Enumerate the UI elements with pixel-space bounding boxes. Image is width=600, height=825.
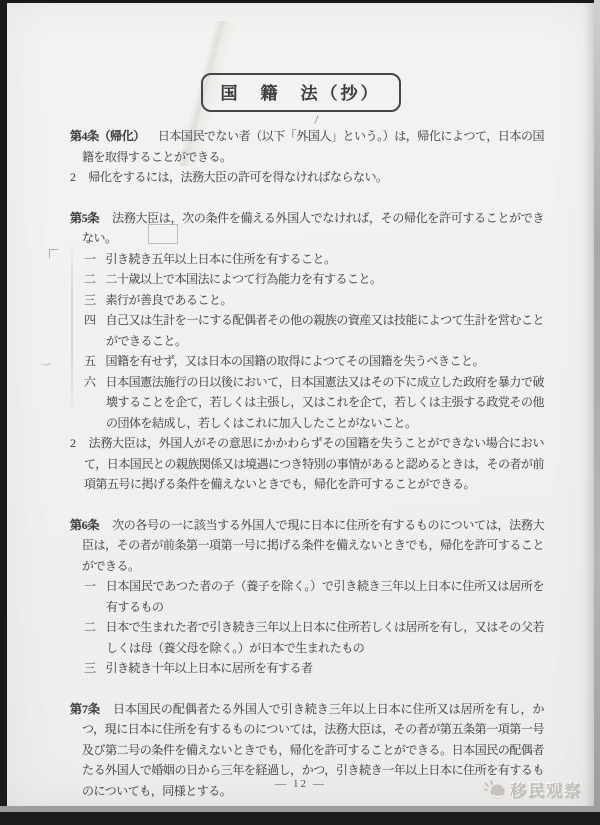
item-text: 日本で生まれた者で引き続き三年以上日本に住所若しくは居所を有し，又はその父若しく… bbox=[106, 620, 544, 655]
item-text: 自己又は生計を一にする配偶者その他の親族の資産又は技能によつて生計を営むことがで… bbox=[106, 313, 544, 348]
item-number: 二 bbox=[84, 620, 96, 634]
item-number: 六 bbox=[84, 375, 96, 389]
item-number: 二 bbox=[84, 272, 96, 286]
item-number: 三 bbox=[84, 293, 96, 307]
pencil-mark-bracket bbox=[49, 249, 58, 258]
paragraph-number: 2 bbox=[70, 436, 76, 450]
article-5-item-3: 三素行が善良であること。 bbox=[70, 290, 544, 311]
paragraph-text: 法務大臣は，外国人がその意思にかかわらずその国籍を失うことができない場合において… bbox=[84, 436, 544, 491]
article-6-item-2: 二日本で生まれた者で引き続き三年以上日本に住所若しくは居所を有し，又はその父若し… bbox=[70, 617, 544, 658]
article-5-head: 第5条法務大臣は，次の条件を備える外国人でなければ，その帰化を許可することができ… bbox=[70, 208, 544, 249]
paragraph-number: 2 bbox=[70, 170, 76, 184]
item-number: 一 bbox=[84, 579, 96, 593]
document-page: 国 籍 法（抄） 第4条（帰化）日本国民でない者（以下「外国人」という。）は，帰… bbox=[7, 3, 594, 806]
megaphone-icon bbox=[484, 780, 506, 800]
item-text: 引き続き十年以上日本に居所を有する者 bbox=[106, 661, 313, 675]
article-5-item-5: 五国籍を有せず，又は日本の国籍の取得によつてその国籍を失うべきこと。 bbox=[70, 351, 544, 372]
item-text: 引き続き五年以上日本に住所を有すること。 bbox=[106, 252, 336, 266]
article-6-text: 次の各号の一に該当する外国人で現に日本に住所を有するものについては，法務大臣は，… bbox=[82, 518, 544, 573]
paragraph-text: 帰化をするには，法務大臣の許可を得なければならない。 bbox=[89, 170, 388, 184]
law-text: 第4条（帰化）日本国民でない者（以下「外国人」という。）は，帰化によつて，日本の… bbox=[70, 126, 544, 801]
item-text: 二十歳以上で本国法によつて行為能力を有すること。 bbox=[106, 272, 382, 286]
article-4: 第4条（帰化）日本国民でない者（以下「外国人」という。）は，帰化によつて，日本の… bbox=[70, 126, 544, 188]
article-5-label: 第5条 bbox=[70, 211, 99, 225]
scan-bottom-strip bbox=[0, 806, 600, 812]
watermark: 移民观察 bbox=[484, 778, 582, 801]
article-5-item-6: 六日本国憲法施行の日以後において，日本国憲法又はその下に成立した政府を暴力で破壊… bbox=[70, 372, 544, 434]
watermark-text: 移民观察 bbox=[510, 778, 582, 801]
item-text: 国籍を有せず，又は日本の国籍の取得によつてその国籍を失うべきこと。 bbox=[106, 354, 485, 368]
article-4-paragraph-2: 2帰化をするには，法務大臣の許可を得なければならない。 bbox=[70, 167, 544, 188]
pencil-mark-tick bbox=[39, 357, 51, 368]
article-5-item-4: 四自己又は生計を一にする配偶者その他の親族の資産又は技能によつて生計を営むことが… bbox=[70, 310, 544, 351]
item-number: 五 bbox=[84, 354, 96, 368]
article-5-item-2: 二二十歳以上で本国法によつて行為能力を有すること。 bbox=[70, 269, 544, 290]
document-title: 国 籍 法（抄） bbox=[201, 73, 401, 112]
article-5-paragraph-2: 2法務大臣は，外国人がその意思にかかわらずその国籍を失うことができない場合におい… bbox=[70, 433, 544, 495]
scan-frame: 国 籍 法（抄） 第4条（帰化）日本国民でない者（以下「外国人」という。）は，帰… bbox=[0, 0, 600, 825]
article-5-text: 法務大臣は，次の条件を備える外国人でなければ，その帰化を許可することができない。 bbox=[82, 211, 544, 246]
article-6-label: 第6条 bbox=[70, 518, 99, 532]
pencil-mark-slash bbox=[314, 115, 318, 124]
article-4-label: 第4条（帰化） bbox=[70, 129, 145, 143]
item-text: 日本国民であつた者の子（養子を除く。）で引き続き三年以上日本に住所又は居所を有す… bbox=[106, 579, 544, 614]
item-number: 三 bbox=[84, 661, 96, 675]
item-text: 日本国憲法施行の日以後において，日本国憲法又はその下に成立した政府を暴力で破壊す… bbox=[106, 375, 544, 430]
article-6-head: 第6条次の各号の一に該当する外国人で現に日本に住所を有するものについては，法務大… bbox=[70, 515, 544, 577]
article-6-item-1: 一日本国民であつた者の子（養子を除く。）で引き続き三年以上日本に住所又は居所を有… bbox=[70, 576, 544, 617]
article-5: 第5条法務大臣は，次の条件を備える外国人でなければ，その帰化を許可することができ… bbox=[70, 208, 544, 495]
article-5-item-1: 一引き続き五年以上日本に住所を有すること。 bbox=[70, 249, 544, 270]
article-4-head: 第4条（帰化）日本国民でない者（以下「外国人」という。）は，帰化によつて，日本の… bbox=[70, 126, 544, 167]
item-text: 素行が善良であること。 bbox=[106, 293, 233, 307]
scan-right-edge bbox=[594, 0, 600, 806]
article-7-label: 第7条 bbox=[70, 702, 100, 716]
article-6: 第6条次の各号の一に該当する外国人で現に日本に住所を有するものについては，法務大… bbox=[70, 515, 544, 679]
article-6-item-3: 三引き続き十年以上日本に居所を有する者 bbox=[70, 658, 544, 679]
article-4-text: 日本国民でない者（以下「外国人」という。）は，帰化によつて，日本の国籍を取得する… bbox=[82, 129, 544, 164]
title-row: 国 籍 法（抄） bbox=[7, 3, 594, 112]
item-number: 一 bbox=[84, 252, 96, 266]
item-number: 四 bbox=[84, 313, 96, 327]
